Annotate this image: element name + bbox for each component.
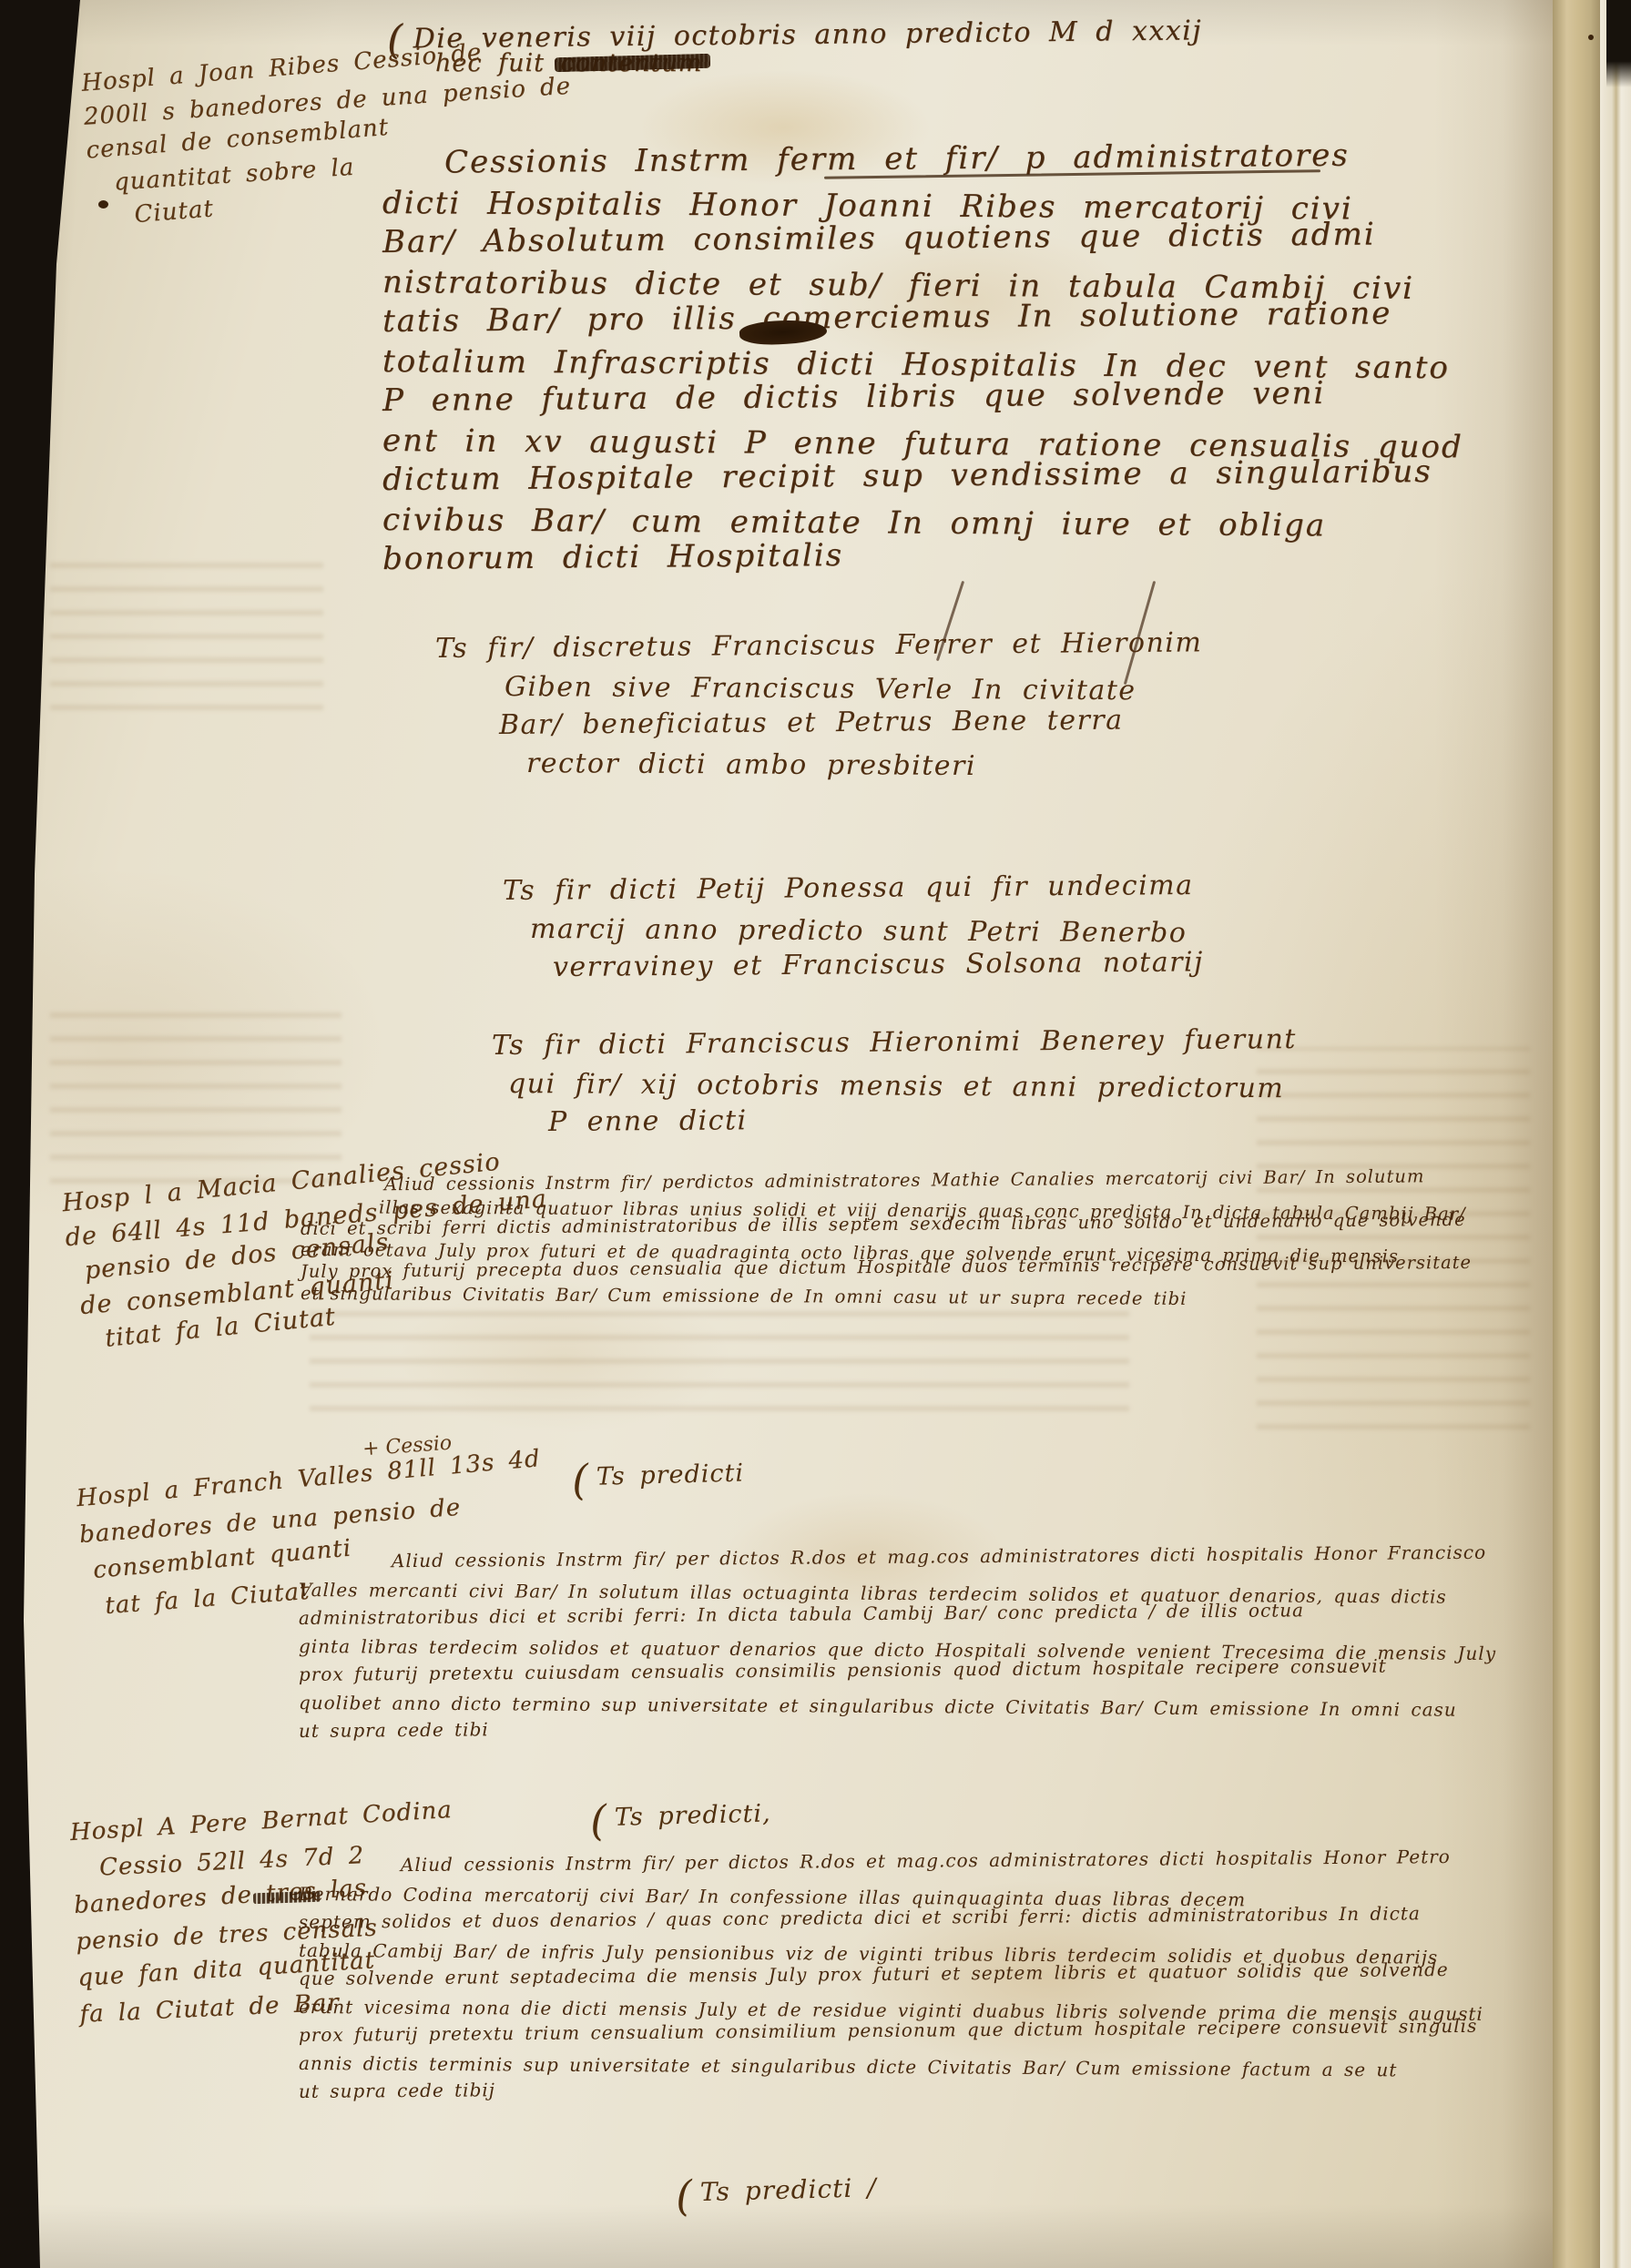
registration-text: Ts predicti [596, 1459, 745, 1491]
registration-mark-1: (Ts predicti [571, 1451, 744, 1505]
manuscript-line: Bar/ beneficiatus et Petrus Bene terra [499, 701, 1203, 745]
manuscript-line: dictum Hospitale recipit sup vendissime … [382, 453, 1463, 501]
flourish-paren: ( [571, 1455, 589, 1504]
ink-dot [98, 200, 108, 208]
manuscript-line: bonorum dicti Hospitalis [382, 532, 1463, 580]
manuscript-line: Ts fir/ discretus Franciscus Ferrer et H… [435, 624, 1203, 668]
next-page-edge [1600, 0, 1631, 2268]
ink-dot [1588, 35, 1594, 40]
manuscript-line: Bar/ Absolutum consimiles quotiens que d… [382, 215, 1463, 263]
entry-paragraph-joan-ribes: Cessionis Instrm ferm et fir/ p administ… [382, 144, 1463, 580]
flourish-paren: ( [675, 2171, 693, 2220]
witness-note-2: Ts fir dicti Petij Ponessa qui fir undec… [503, 872, 1204, 987]
binding-shadow [1606, 0, 1631, 87]
manuscript-line: Ts fir dicti Franciscus Hieronimi Benere… [492, 1021, 1297, 1065]
page-fore-edge [1553, 0, 1600, 2268]
registration-text: Ts predicti / [699, 2172, 877, 2207]
scanned-manuscript-photo: { "heading": { "paren": "(", "date_line"… [0, 0, 1631, 2268]
manuscript-line: rector dicti ambo presbiteri [526, 745, 1203, 788]
witness-note-3: Ts fir dicti Franciscus Hieronimi Benere… [492, 1027, 1297, 1142]
registration-mark-2: (Ts predicti, [589, 1791, 771, 1845]
registration-text: Ts predicti, [615, 1799, 772, 1831]
entry-paragraph-pere-bernat-codina: Aliud cessionis Instrm fir/ per dictos R… [299, 1852, 1483, 2106]
manuscript-line: P enne futura de dictis libris que solve… [382, 373, 1463, 422]
entry-paragraph-macia-canalies: Aliud cessionis Instrm fir/ perdictos ad… [301, 1175, 1472, 1305]
entry-paragraph-franch-valles: Aliud cessionis Instrm fir/ per dictos R… [299, 1548, 1496, 1745]
witness-note-1: Ts fir/ discretus Franciscus Ferrer et H… [435, 630, 1202, 783]
flourish-paren: ( [589, 1795, 607, 1845]
manuscript-line: P enne dicti [548, 1098, 1297, 1142]
manuscript-line: tatis Bar/ pro illis comerciemus In solu… [382, 294, 1463, 342]
registration-mark-3: (Ts predicti / [675, 2166, 877, 2221]
manuscript-line: Ts fir dicti Petij Ponessa qui fir undec… [503, 867, 1204, 910]
note-struck-text: contentum [561, 49, 703, 77]
manuscript-line: verraviney et Franciscus Solsona notarij [553, 943, 1204, 987]
